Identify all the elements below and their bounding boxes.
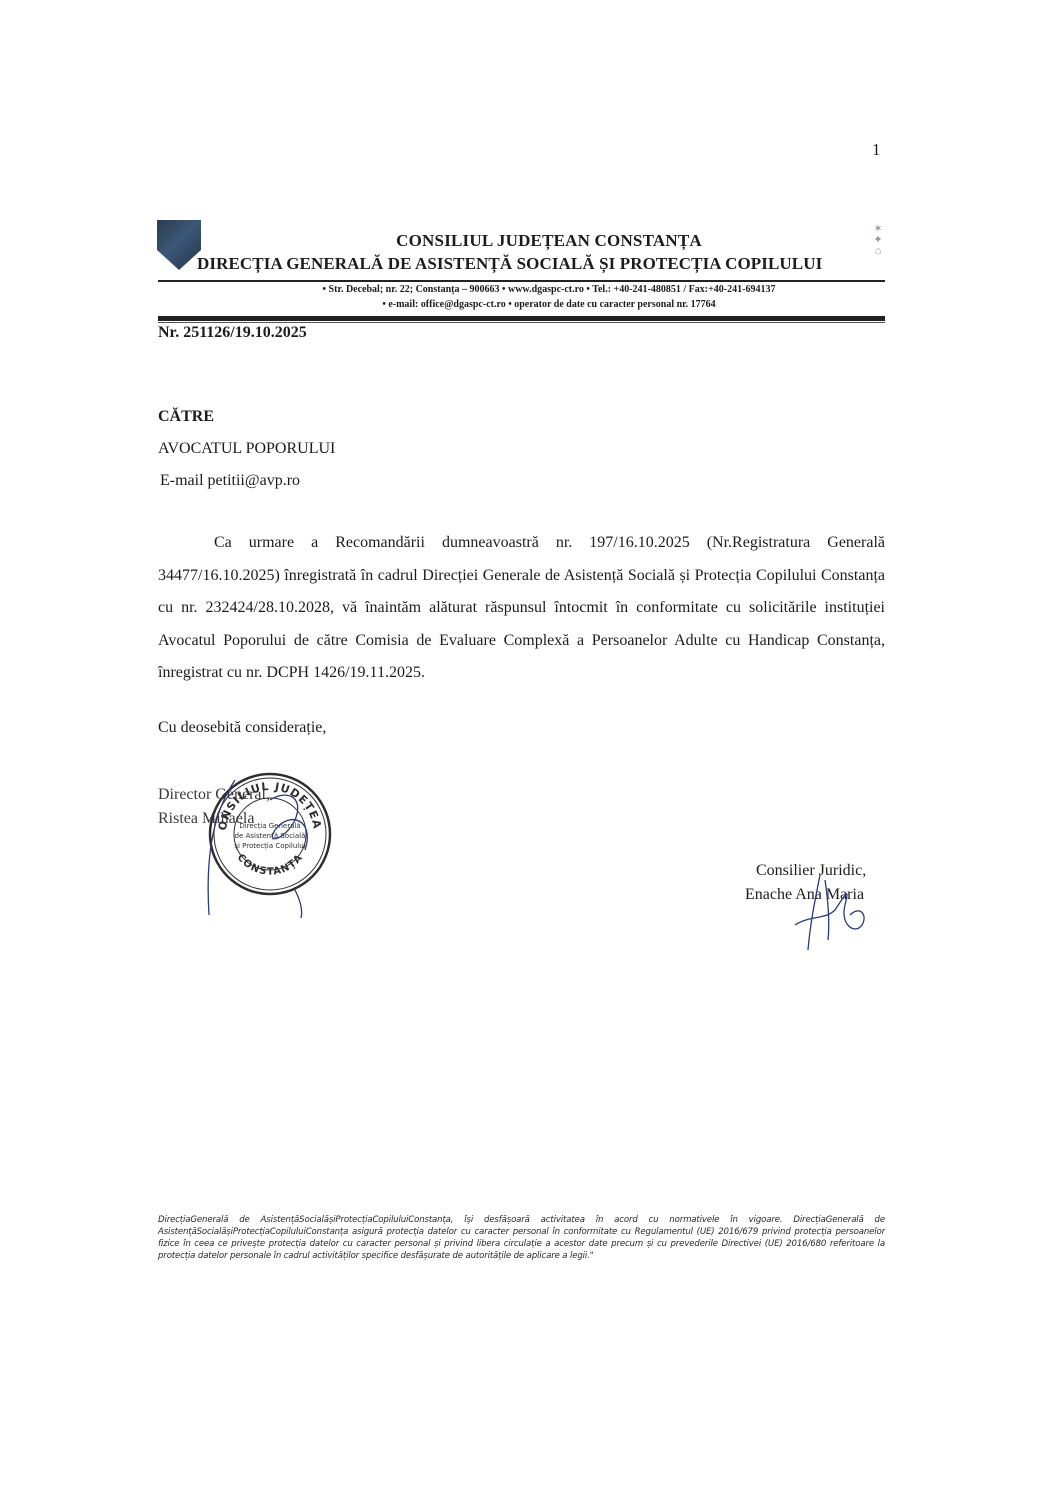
closing: Cu deosebită considerație, — [158, 719, 326, 737]
header-divider-under — [158, 322, 885, 323]
letterhead-directorate: DIRECȚIA GENERALĂ DE ASISTENȚĂ SOCIALĂ Ș… — [197, 254, 822, 274]
header-divider-thin — [158, 280, 885, 282]
recipient: AVOCATUL POPORULUI — [158, 440, 335, 458]
letterhead-contact-line2: • e-mail: office@dgaspc-ct.ro • operator… — [0, 299, 1058, 310]
data-protection-footer: DirecțiaGenerală de AsistențăSocialășiPr… — [158, 1214, 885, 1262]
recipient-email: E-mail petitii@avp.ro — [160, 472, 300, 490]
letter-body: Ca urmare a Recomandării dumneavoastră n… — [158, 527, 885, 690]
director-signature — [175, 770, 335, 920]
page-number: 1 — [872, 140, 881, 160]
reference-number: Nr. 251126/19.10.2025 — [158, 324, 307, 342]
letterhead-contact-line1: • Str. Decebal; nr. 22; Constanța – 9006… — [0, 284, 1058, 295]
letterhead-council: CONSILIUL JUDEȚEAN CONSTANȚA — [0, 231, 1058, 251]
legal-advisor-signature — [790, 870, 870, 955]
to-label: CĂTRE — [158, 408, 214, 426]
header-divider-thick — [158, 316, 885, 321]
